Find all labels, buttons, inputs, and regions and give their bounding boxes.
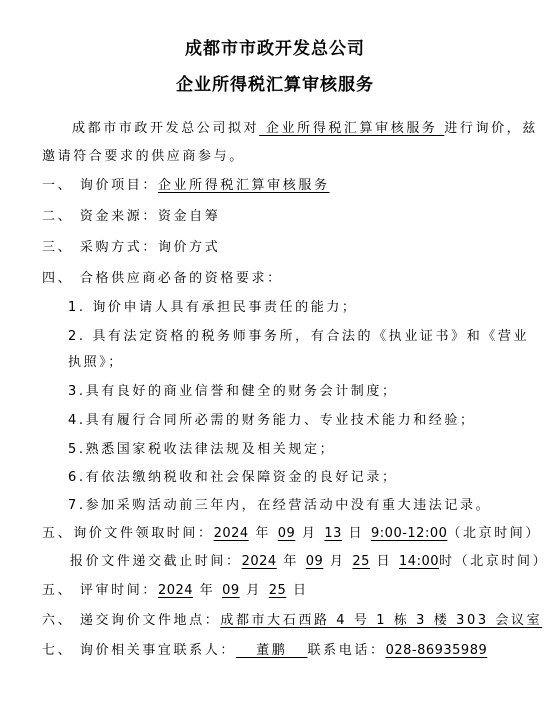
- submission-location: 六、 递交询价文件地点：成都市大石西路 4 号 1 栋 3 楼 303 会议室: [42, 609, 542, 628]
- month: 09: [278, 526, 296, 541]
- schedule-label: 五、 评审时间：: [42, 583, 158, 598]
- time: 9:00-12:00: [371, 526, 447, 541]
- unit: 月: [295, 526, 324, 541]
- requirement-2: 2. 具有法定资格的税务师事务所，有合法的《执业证书》和《营业: [68, 325, 529, 344]
- unit: 月: [240, 583, 269, 598]
- intro-line2: 邀请符合要求的供应商参与。: [42, 145, 245, 164]
- doc-title-service: 企业所得税汇算审核服务: [0, 70, 550, 95]
- item-qualifications: 四、 合格供应商必备的资格要求：: [42, 267, 283, 286]
- contact-info: 七、 询价相关事宜联系人： 董鹏 联系电话：028-86935989: [42, 639, 487, 658]
- intro-project: 企业所得税汇算审核服务: [259, 121, 444, 136]
- unit: 年: [193, 583, 222, 598]
- schedule-review: 五、 评审时间：2024 年 09 月 25 日: [42, 579, 309, 598]
- schedule-label: 五、询价文件领取时间：: [42, 526, 214, 541]
- item-funding: 二、 资金来源：资金自筹: [42, 205, 220, 224]
- requirement-4: 4.具有履行合同所必需的财务能力、专业技术能力和经验；: [68, 409, 476, 428]
- schedule-label: 报价文件递交截止时间：: [70, 554, 242, 569]
- unit: 日: [370, 554, 399, 569]
- month: 09: [306, 554, 324, 569]
- year: 2024: [214, 526, 249, 541]
- item-value: 企业所得税汇算审核服务: [158, 178, 330, 193]
- day: 25: [269, 583, 287, 598]
- requirement-7: 7.参加采购活动前三年内，在经营活动中没有重大违法记录。: [68, 494, 491, 513]
- item-label: 三、 采购方式：: [42, 240, 158, 255]
- item-label: 二、 资金来源：: [42, 209, 158, 224]
- phone-label: 联系电话：: [308, 643, 386, 658]
- intro-paragraph: 成都市市政开发总公司拟对 企业所得税汇算审核服务 进行询价，兹: [72, 117, 538, 136]
- note: 时（北京时间）: [439, 554, 548, 569]
- phone-number: 028-86935989: [386, 643, 488, 658]
- requirement-1: 1. 询价申请人具有承担民事责任的能力；: [68, 296, 358, 315]
- unit: 日: [342, 526, 371, 541]
- day: 25: [352, 554, 370, 569]
- day: 13: [324, 526, 342, 541]
- requirement-2-cont: 执照》；: [68, 351, 124, 370]
- requirement-6: 6.有依法缴纳税收和社会保障资金的良好记录；: [68, 466, 398, 485]
- schedule-fetch: 五、询价文件领取时间：2024 年 09 月 13 日 9:00-12:00（北…: [42, 522, 541, 541]
- location-label: 六、 递交询价文件地点：: [42, 613, 220, 628]
- item-method: 三、 采购方式：询价方式: [42, 236, 220, 255]
- note: （北京时间）: [447, 526, 541, 541]
- item-project: 一、 询价项目：企业所得税汇算审核服务: [42, 174, 330, 193]
- contact-name: 董鹏: [236, 643, 308, 658]
- time: 14:00: [399, 554, 439, 569]
- item-value: 资金自筹: [158, 209, 220, 224]
- item-label: 一、 询价项目：: [42, 178, 158, 193]
- requirement-3: 3.具有良好的商业信誉和健全的财务会计制度；: [68, 380, 398, 399]
- location-value: 成都市大石西路 4 号 1 栋 3 楼 303 会议室: [220, 613, 542, 628]
- requirement-5: 5.熟悉国家税收法律法规及相关规定；: [68, 438, 335, 457]
- unit: 日: [286, 583, 308, 598]
- doc-title-company: 成都市市政开发总公司: [0, 34, 550, 59]
- intro-prefix: 成都市市政开发总公司拟对: [72, 121, 259, 136]
- year: 2024: [158, 583, 193, 598]
- unit: 月: [323, 554, 352, 569]
- unit: 年: [277, 554, 306, 569]
- schedule-deadline: 报价文件递交截止时间：2024 年 09 月 25 日 14:00时（北京时间）: [70, 550, 548, 569]
- unit: 年: [249, 526, 278, 541]
- item-value: 询价方式: [158, 240, 220, 255]
- contact-label: 七、 询价相关事宜联系人：: [42, 643, 236, 658]
- intro-suffix: 进行询价，兹: [444, 121, 538, 136]
- year: 2024: [242, 554, 277, 569]
- month: 09: [222, 583, 240, 598]
